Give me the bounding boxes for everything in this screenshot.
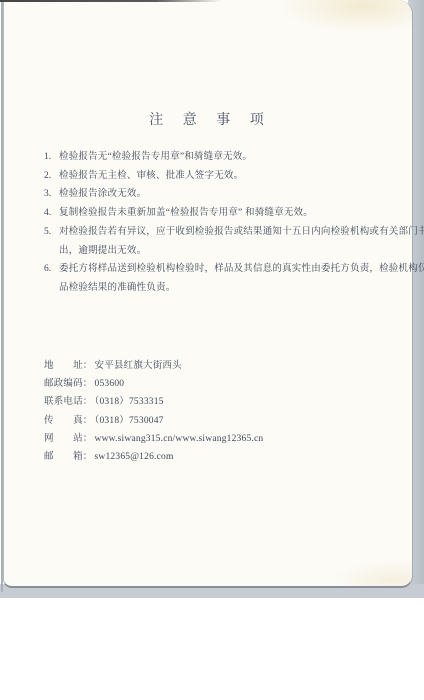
contact-label: 联系电话： [44, 397, 93, 407]
contact-label: 传 真： [44, 416, 93, 426]
contact-value: 053600 [95, 379, 125, 389]
notice-item-number: 3. [44, 185, 59, 204]
notice-item-3: 3. 检验报告涂改无效。 [44, 185, 396, 204]
notice-list: 1. 检验报告无“检验报告专用章”和骑缝章无效。 2. 检验报告无主检、审核、批… [44, 148, 396, 298]
notice-item-2: 2. 检验报告无主检、审核、批准人签字无效。 [44, 167, 396, 186]
notice-item-6: 6. 委托方将样品送到检验机构检验时，样品及其信息的真实性由委托方负责，检验机构… [44, 260, 396, 297]
contact-row-address: 地 址：安平县红旗大街西头 [44, 357, 263, 375]
contact-value: sw12365@126.com [95, 452, 174, 462]
contact-row-fax: 传 真：（0318）7530047 [44, 412, 263, 430]
notice-item-4: 4. 复制检验报告未重新加盖“检验报告专用章” 和骑缝章无效。 [44, 204, 396, 223]
contact-label: 地 址： [44, 361, 93, 371]
notice-item-text: 检验报告涂改无效。 [59, 185, 396, 204]
notice-item-text: 对检验报告若有异议，应于收到检验报告或结果通知十五日内向检验机构或有关部门书面提… [59, 223, 424, 260]
contact-value: （0318）7533315 [95, 397, 164, 407]
notice-item-5: 5. 对检验报告若有异议，应于收到检验报告或结果通知十五日内向检验机构或有关部门… [44, 223, 396, 260]
contact-label: 邮 箱： [44, 452, 93, 462]
notice-item-line: 品检验结果的准确性负责。 [59, 279, 424, 298]
notice-item-1: 1. 检验报告无“检验报告专用章”和骑缝章无效。 [44, 148, 396, 167]
contact-value: （0318）7530047 [95, 416, 164, 426]
notice-item-text: 委托方将样品送到检验机构检验时，样品及其信息的真实性由委托方负责，检验机构仅对样… [59, 260, 424, 297]
contact-row-postal-code: 邮政编码：053600 [44, 375, 263, 393]
paper-left-edge [1, 0, 3, 592]
notice-item-text: 检验报告无“检验报告专用章”和骑缝章无效。 [59, 148, 396, 167]
notice-item-line: 复制检验报告未重新加盖“检验报告专用章” 和骑缝章无效。 [59, 204, 396, 223]
contact-value: 安平县红旗大街西头 [95, 361, 182, 371]
notice-item-number: 5. [44, 223, 59, 242]
notice-item-number: 2. [44, 167, 59, 186]
scan-artifact-line [0, 0, 222, 2]
contact-row-website: 网 站：www.siwang315.cn/www.siwang12365.cn [44, 430, 263, 448]
notice-item-text: 检验报告无主检、审核、批准人签字无效。 [59, 167, 396, 186]
contact-label: 邮政编码： [44, 379, 93, 389]
notice-item-line: 对检验报告若有异议，应于收到检验报告或结果通知十五日内向检验机构或有关部门书面提 [59, 223, 424, 242]
notice-item-line: 委托方将样品送到检验机构检验时，样品及其信息的真实性由委托方负责，检验机构仅对样 [59, 260, 424, 279]
paper-sheet: 注 意 事 项 1. 检验报告无“检验报告专用章”和骑缝章无效。 2. 检验报告… [3, 0, 413, 588]
notice-item-text: 复制检验报告未重新加盖“检验报告专用章” 和骑缝章无效。 [59, 204, 396, 223]
notice-item-line: 出，逾期提出无效。 [59, 242, 424, 261]
notice-item-number: 4. [44, 204, 59, 223]
notice-item-line: 检验报告无“检验报告专用章”和骑缝章无效。 [59, 148, 396, 167]
contact-info: 地 址：安平县红旗大街西头 邮政编码：053600 联系电话：（0318）753… [44, 357, 263, 466]
notice-item-line: 检验报告无主检、审核、批准人签字无效。 [59, 167, 396, 186]
notice-item-number: 6. [44, 260, 59, 279]
contact-value: www.siwang315.cn/www.siwang12365.cn [95, 434, 264, 444]
notice-item-line: 检验报告涂改无效。 [59, 185, 396, 204]
page-title: 注 意 事 项 [4, 109, 414, 129]
contact-label: 网 站： [44, 434, 93, 444]
scanned-document-view: 注 意 事 项 1. 检验报告无“检验报告专用章”和骑缝章无效。 2. 检验报告… [0, 0, 424, 700]
contact-row-phone: 联系电话：（0318）7533315 [44, 393, 263, 411]
contact-row-email: 邮 箱：sw12365@126.com [44, 448, 263, 466]
notice-item-number: 1. [44, 148, 59, 167]
